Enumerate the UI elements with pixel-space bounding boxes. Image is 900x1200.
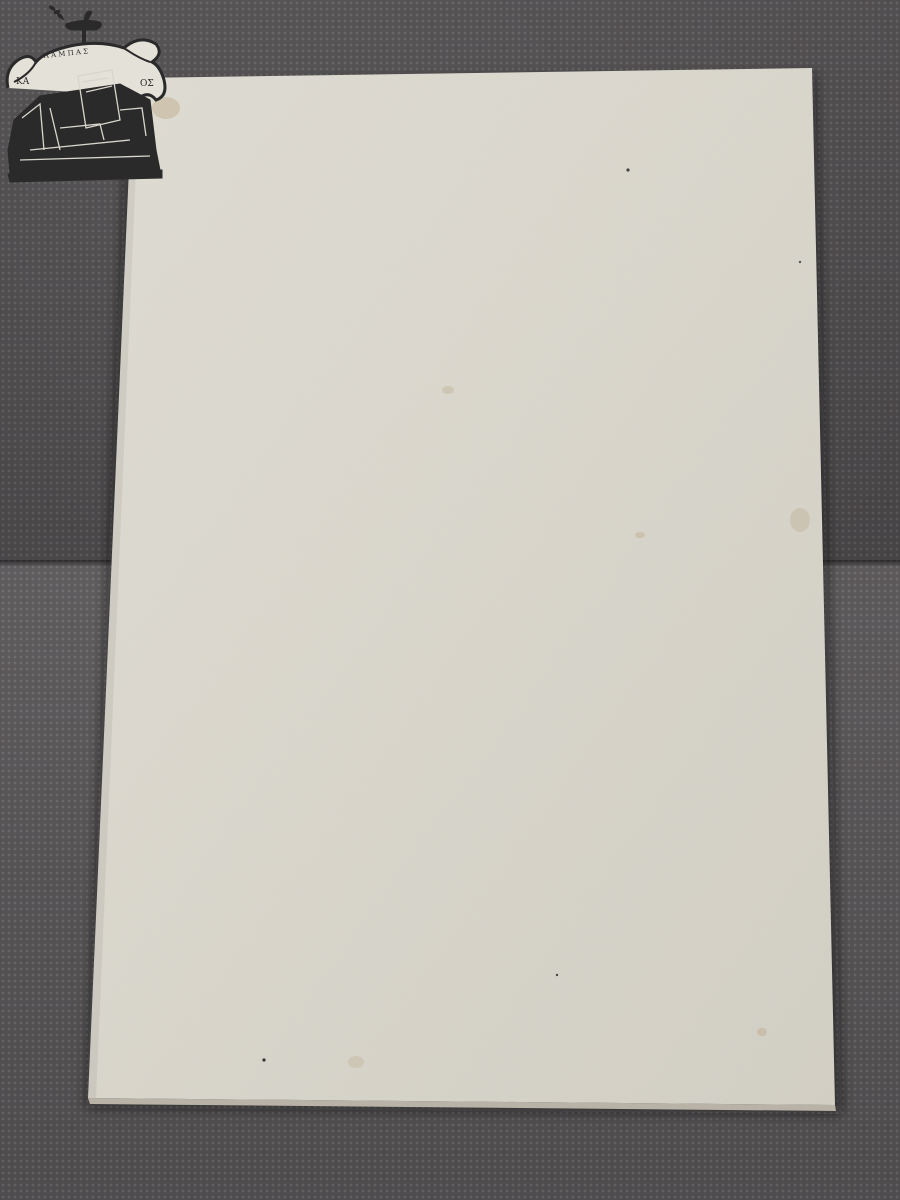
banner-text-right: ΟΣ [140, 79, 154, 89]
book-cover: ΚΑ ΟΣ Λ Α Μ Π Α Σ [0, 0, 900, 1200]
banner-text-left: ΚΑ [16, 77, 30, 87]
printers-device-emblem: ΚΑ ΟΣ Λ Α Μ Π Α Σ [0, 0, 170, 188]
